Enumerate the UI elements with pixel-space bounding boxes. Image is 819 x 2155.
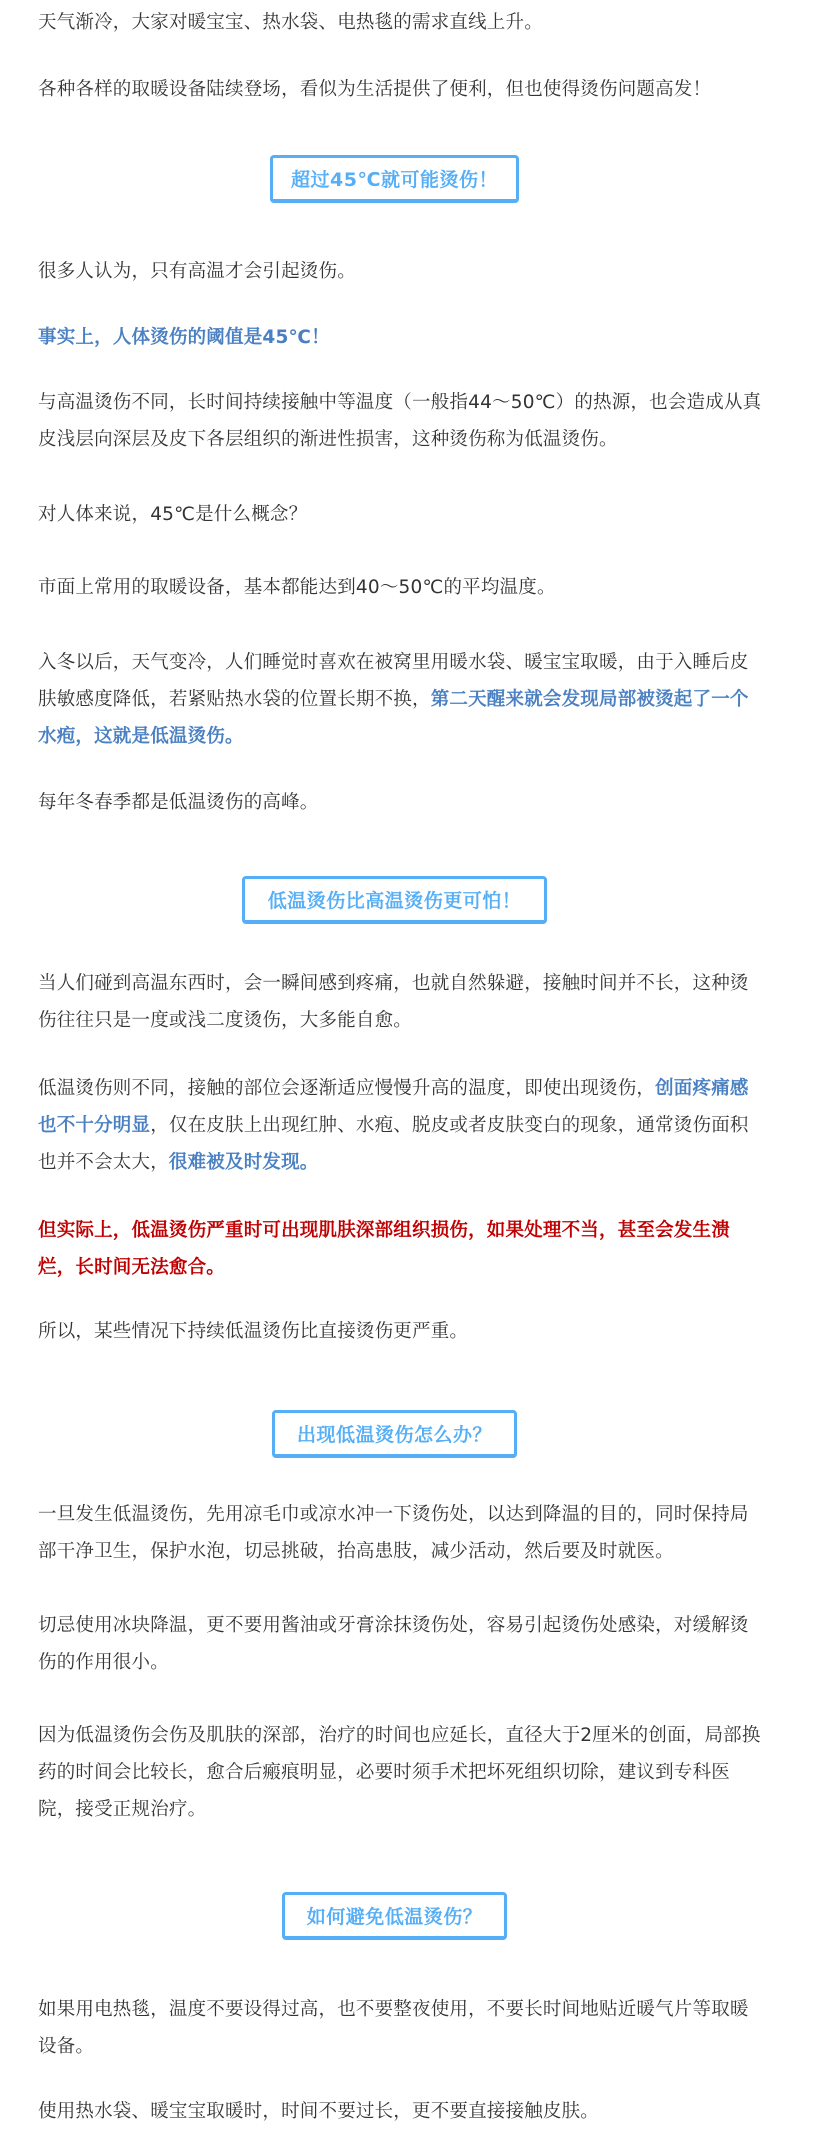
section-heading-more-dangerous: 低温烫伤比高温烫伤更可怕！	[242, 876, 547, 924]
paragraph-first-aid: 一旦发生低温烫伤，先用凉毛巾或凉水冲一下烫伤处，以达到降温的目的，同时保持局部干…	[38, 1496, 762, 1570]
paragraph-misconception: 很多人认为，只有高温才会引起烫伤。	[38, 253, 762, 290]
paragraph-low-temp-definition: 与高温烫伤不同，长时间持续接触中等温度（一般指44～50℃）的热源，也会造成从真…	[38, 384, 762, 458]
paragraph-high-temp-contact: 当人们碰到高温东西时，会一瞬间感到疼痛，也就自然躲避，接触时间并不长，这种烫伤往…	[38, 965, 762, 1039]
paragraph-peak-season: 每年冬春季都是低温烫伤的高峰。	[38, 784, 762, 821]
paragraph-low-temp-difference: 低温烫伤则不同，接触的部位会逐渐适应慢慢升高的温度，即使出现烫伤，创面疼痛感也不…	[38, 1070, 762, 1181]
paragraph-intro: 天气渐冷，大家对暖宝宝、热水袋、电热毯的需求直线上升。	[38, 4, 762, 41]
paragraph-electric-blanket: 如果用电热毯，温度不要设得过高，也不要整夜使用，不要长时间地贴近暖气片等取暖设备…	[38, 1991, 762, 2065]
paragraph-hot-water-bag: 使用热水袋、暖宝宝取暖时，时间不要过长，更不要直接接触皮肤。	[38, 2093, 762, 2130]
paragraph-winter-scenario: 入冬以后，天气变冷，人们睡觉时喜欢在被窝里用暖水袋、暖宝宝取暖，由于入睡后皮肤敏…	[38, 644, 762, 755]
paragraph-45c-question: 对人体来说，45℃是什么概念？	[38, 496, 762, 533]
section-heading-45c: 超过45℃就可能烫伤！	[270, 155, 519, 203]
paragraph-severe-warning: 但实际上，低温烫伤严重时可出现肌肤深部组织损伤，如果处理不当，甚至会发生溃烂，长…	[38, 1212, 762, 1286]
paragraph-conclusion: 所以，某些情况下持续低温烫伤比直接烫伤更严重。	[38, 1313, 762, 1350]
paragraph-avoid-ice: 切忌使用冰块降温，更不要用酱油或牙膏涂抹烫伤处，容易引起烫伤处感染，对缓解烫伤的…	[38, 1607, 762, 1681]
section-heading-prevention: 如何避免低温烫伤？	[282, 1892, 507, 1940]
difference-text-a: 低温烫伤则不同，接触的部位会逐渐适应慢慢升高的温度，即使出现烫伤，	[38, 1078, 655, 1099]
paragraph-threshold-emphasis: 事实上，人体烫伤的阈值是45℃！	[38, 319, 762, 356]
paragraph-device-temperature: 市面上常用的取暖设备，基本都能达到40～50℃的平均温度。	[38, 569, 762, 606]
section-heading-what-to-do: 出现低温烫伤怎么办？	[272, 1410, 517, 1458]
paragraph-treatment: 因为低温烫伤会伤及肌肤的深部，治疗的时间也应延长，直径大于2厘米的创面，局部换药…	[38, 1717, 762, 1828]
paragraph-devices: 各种各样的取暖设备陆续登场，看似为生活提供了便利，但也使得烫伤问题高发！	[38, 71, 762, 108]
difference-emphasis-detection: 很难被及时发现。	[169, 1152, 319, 1173]
